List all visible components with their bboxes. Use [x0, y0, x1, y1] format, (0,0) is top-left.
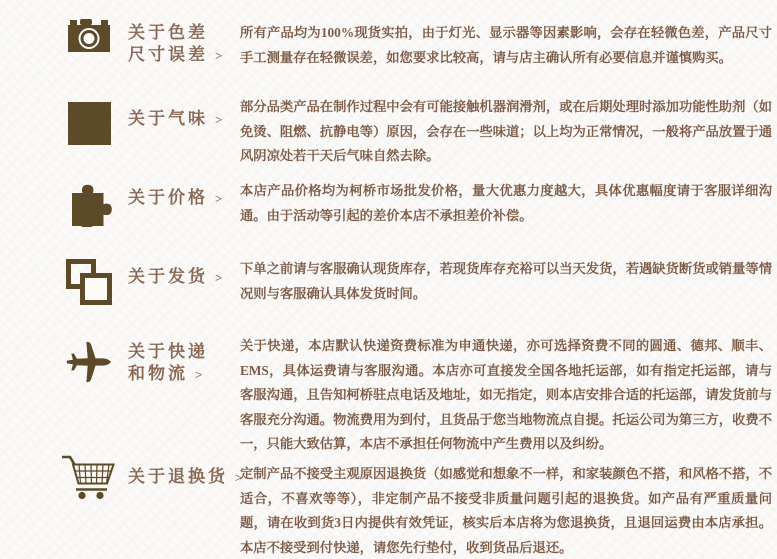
section-body-express-logistics: 关于快递，本店默认快递资费标准为申通快递，亦可选择资费不同的圆通、德邦、顺丰、E… — [240, 334, 772, 457]
chevron-right-icon: > — [215, 188, 222, 210]
chevron-right-icon: > — [215, 45, 222, 67]
title-line: 关于快递 — [128, 341, 246, 363]
section-title-color-difference[interactable]: 关于色差 尺寸误差> — [128, 22, 246, 67]
section-title-odor[interactable]: 关于气味> — [128, 108, 246, 131]
camera-icon — [60, 16, 118, 56]
section-body-color-difference: 所有产品均为100%现货实拍，由于灯光、显示器等因素影响，会存在轻微色差，产品尺… — [240, 21, 772, 70]
chevron-right-icon: > — [215, 267, 222, 289]
section-title-express-logistics[interactable]: 关于快递 和物流> — [128, 341, 246, 386]
section-body-shipping: 下单之前请与客服确认现货库存，若现货库存充裕可以当天发货，若遇缺货断货或销量等情… — [240, 257, 772, 306]
chevron-right-icon: > — [195, 364, 202, 386]
title-line: 关于气味> — [128, 108, 246, 131]
overlapping-squares-icon — [60, 258, 118, 306]
section-body-price: 本店产品价格均为柯桥市场批发价格，量大优惠力度越大，具体优惠幅度请于客服详细沟通… — [240, 179, 772, 228]
title-line: 尺寸误差> — [128, 44, 246, 67]
chevron-right-icon: > — [215, 109, 222, 131]
section-body-returns: 定制产品不接受主观原因退换货（如感觉和想象不一样，和家装颜色不搭，和风格不搭，不… — [240, 462, 772, 559]
title-line: 和物流> — [128, 363, 246, 386]
square-icon — [60, 102, 118, 145]
section-title-price[interactable]: 关于价格> — [128, 187, 246, 210]
title-line: 关于价格> — [128, 187, 246, 210]
title-line: 关于退换货> — [128, 466, 246, 489]
section-title-returns[interactable]: 关于退换货> — [128, 466, 246, 489]
section-body-odor: 部分品类产品在制作过程中会有可能接触机器润滑剂，或在后期处理时添加功能性助剂（如… — [240, 95, 772, 169]
title-line: 关于色差 — [128, 22, 246, 44]
cart-icon — [60, 450, 118, 500]
section-title-shipping[interactable]: 关于发货> — [128, 266, 246, 289]
airplane-icon — [60, 338, 118, 386]
puzzle-icon — [60, 182, 118, 227]
title-line: 关于发货> — [128, 266, 246, 289]
